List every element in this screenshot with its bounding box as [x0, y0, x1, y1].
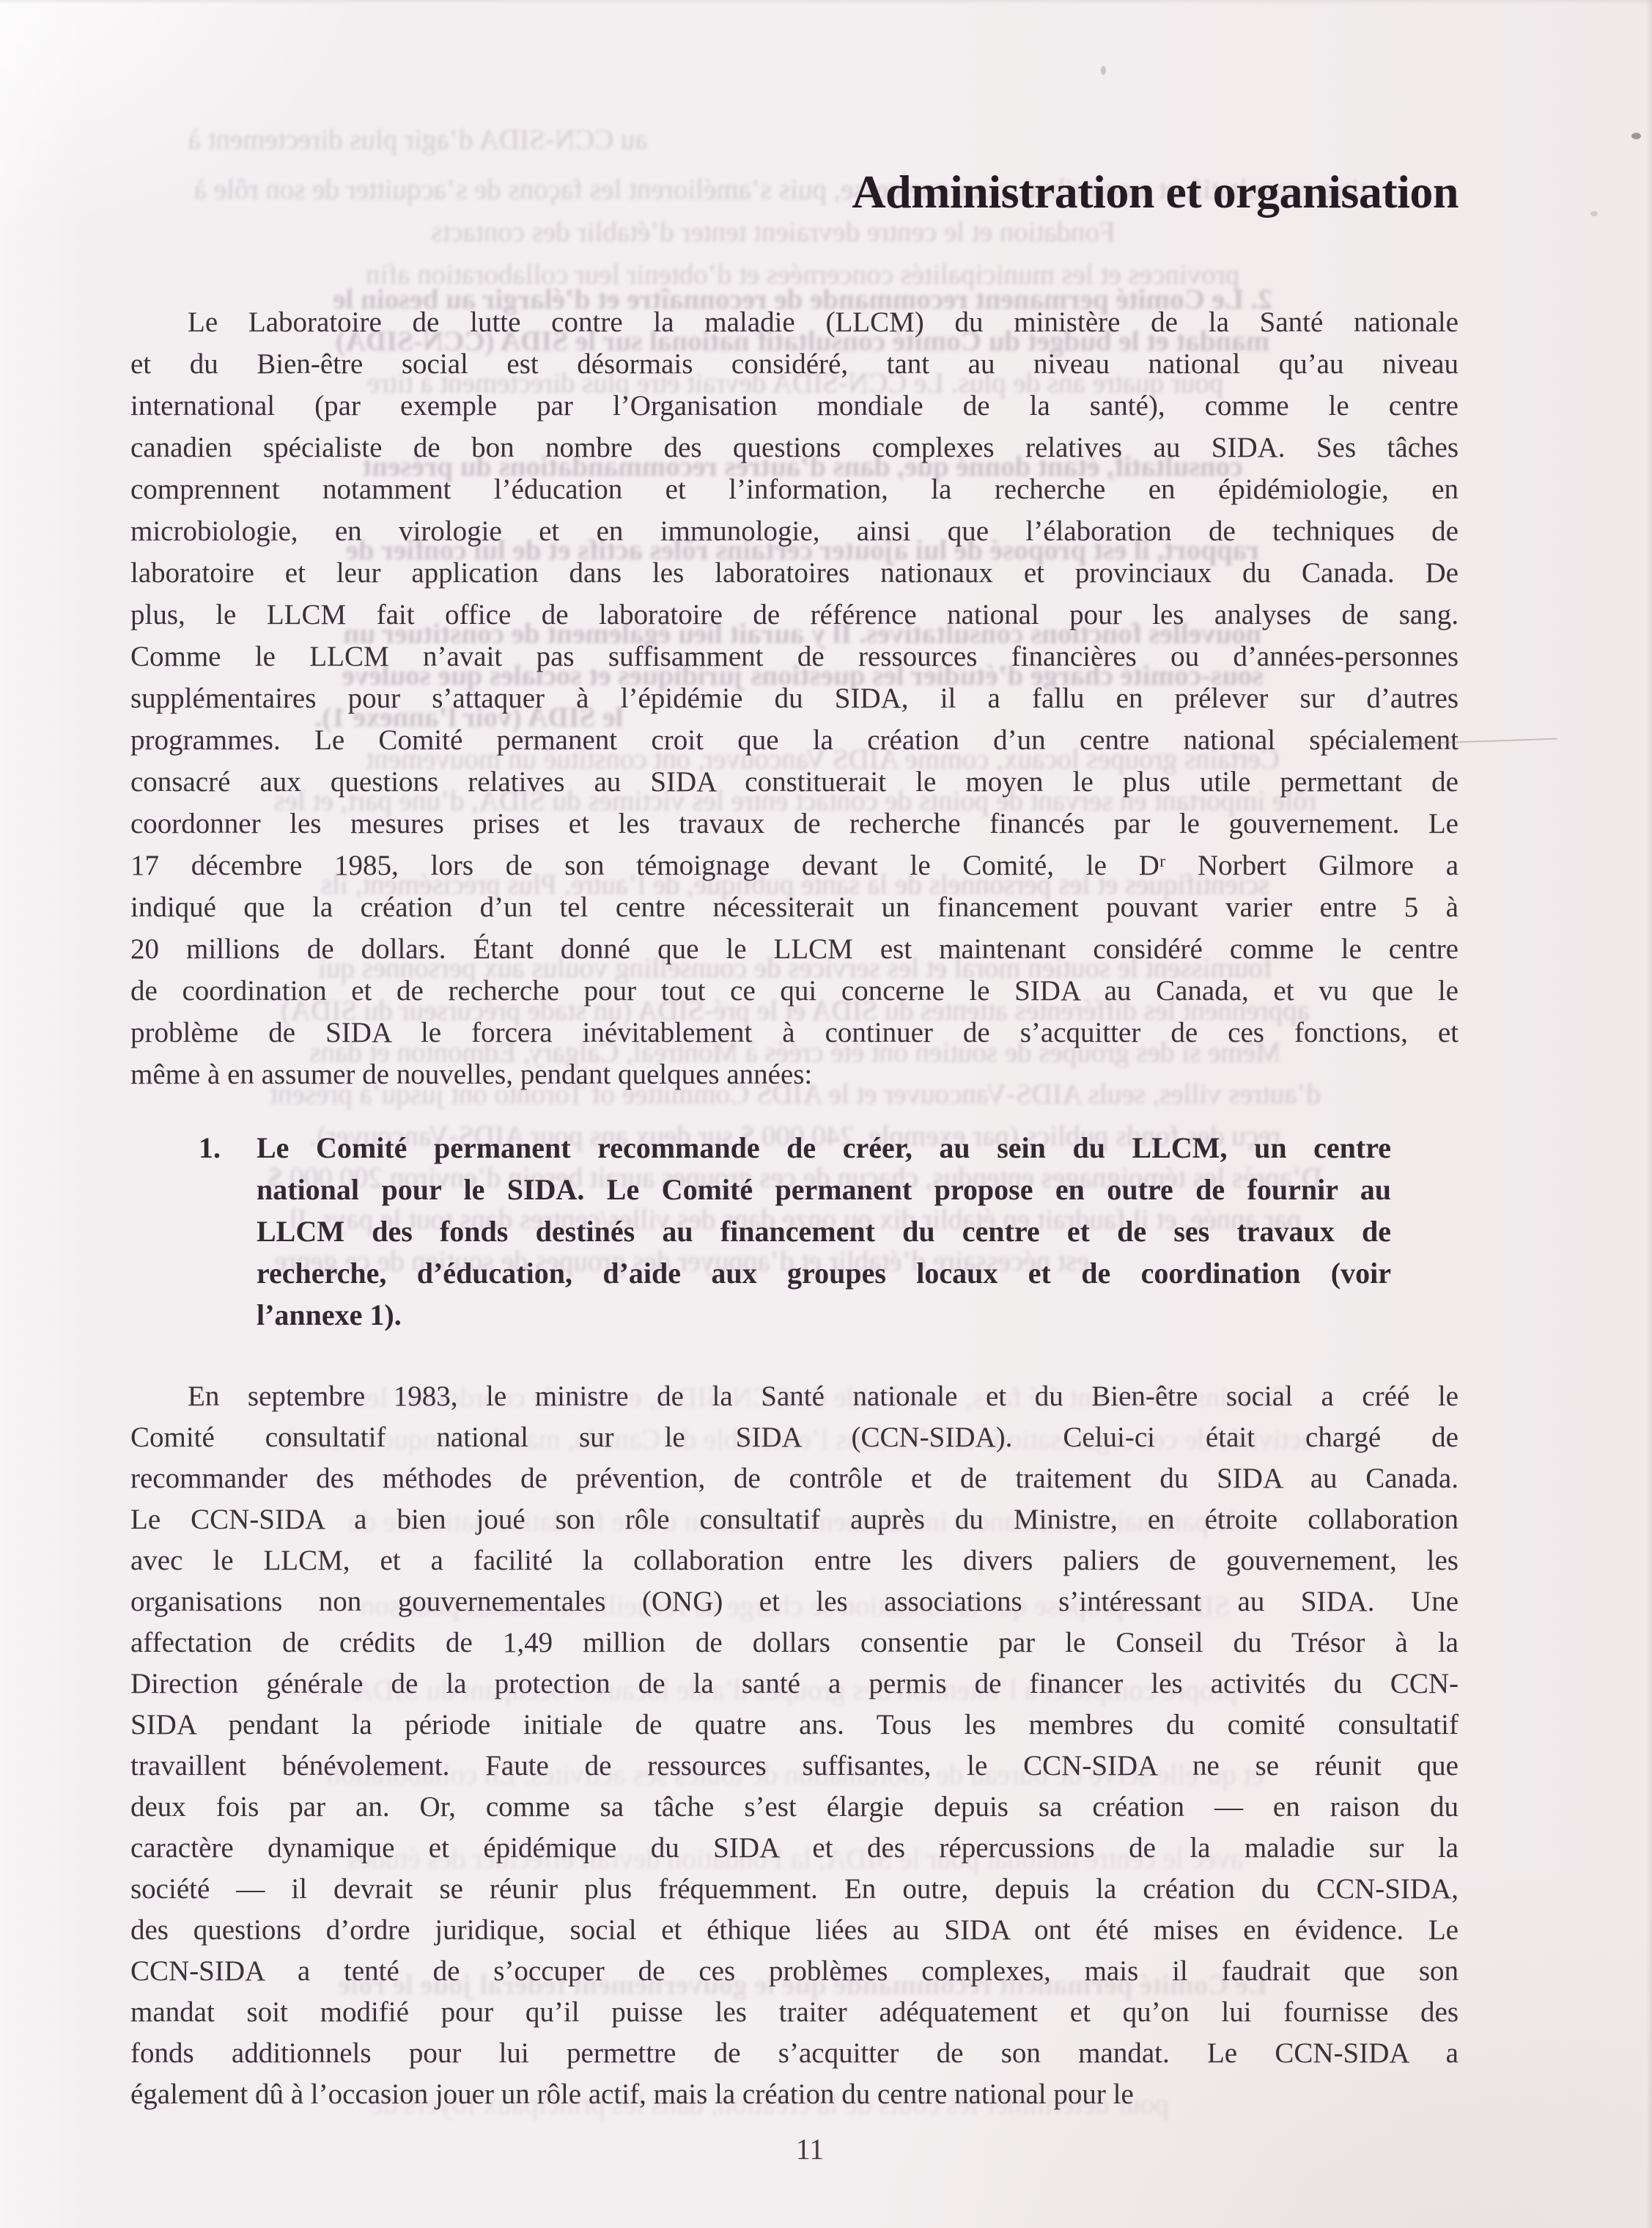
scan-artifact	[1631, 133, 1641, 139]
text-line: indiqué que la création d’un tel centre …	[130, 886, 1459, 928]
text-line: programmes. Le Comité permanent croit qu…	[130, 719, 1459, 761]
text-line: Comité consultatif national sur le SIDA …	[130, 1417, 1459, 1458]
text-line: société — il devrait se réunir plus fréq…	[130, 1869, 1459, 1910]
text-line: caractère dynamique et épidémique du SID…	[130, 1828, 1459, 1869]
recommendation-text: Le Comité permanent recommande de créer,…	[257, 1127, 1391, 1336]
text-line: des questions d’ordre juridique, social …	[130, 1910, 1459, 1951]
text-line: deux fois par an. Or, comme sa tâche s’e…	[130, 1787, 1459, 1828]
text-line: avec le LLCM, et a facilité la collabora…	[130, 1540, 1459, 1581]
text-line: plus, le LLCM fait office de laboratoire…	[130, 594, 1459, 636]
paragraph: Le Laboratoire de lutte contre la maladi…	[130, 301, 1459, 1095]
text-line: canadien spécialiste de bon nombre des q…	[130, 427, 1459, 468]
text-line: Le Comité permanent recommande de créer,…	[257, 1127, 1391, 1169]
text-line: LLCM des fonds destinés au financement d…	[257, 1210, 1391, 1252]
text-line: national pour le SIDA. Le Comité permane…	[257, 1169, 1391, 1210]
recommendation-item: 1. Le Comité permanent recommande de cré…	[130, 1127, 1391, 1336]
text-line: l’annexe 1).	[257, 1294, 1391, 1336]
text-line: consacré aux questions relatives au SIDA…	[130, 761, 1459, 803]
text-line: international (par exemple par l’Organis…	[130, 385, 1459, 427]
text-line: recommander des méthodes de prévention, …	[130, 1458, 1459, 1499]
page-edge-shadow	[0, 0, 1652, 4]
text-line: et du Bien-être social est désormais con…	[130, 343, 1459, 385]
text-line: recherche, d’éducation, d’aide aux group…	[257, 1252, 1391, 1294]
page-number: 11	[704, 2128, 916, 2170]
text-line: Direction générale de la protection de l…	[130, 1663, 1459, 1705]
text-line: comprennent notamment l’éducation et l’i…	[130, 468, 1459, 510]
text-line: CCN-SIDA a tenté de s’occuper de ces pro…	[130, 1951, 1459, 1992]
text-line: 20 millions de dollars. Étant donné que …	[130, 928, 1459, 970]
text-line: SIDA pendant la période initiale de quat…	[130, 1705, 1459, 1746]
text-line: fonds additionnels pour lui permettre de…	[130, 2033, 1459, 2074]
text-line: 17 décembre 1985, lors de son témoignage…	[130, 845, 1459, 886]
bleedthrough-line: au CCN-SIDA d’agir plus directement à	[110, 123, 726, 157]
text-line: également dû à l’occasion jouer un rôle …	[130, 2074, 1459, 2115]
text-line: coordonner les mesures prises et les tra…	[130, 803, 1459, 845]
section-title: Administration et organisation	[130, 166, 1459, 218]
text-line: problème de SIDA le forcera inévitableme…	[130, 1012, 1459, 1054]
text-line: affectation de crédits de 1,49 million d…	[130, 1622, 1459, 1663]
scanned-document-page: au CCN-SIDA d’agir plus directement à ti…	[0, 0, 1652, 2228]
bleedthrough-line: Fondation et le centre devraient tenter …	[249, 216, 1297, 249]
page-edge-shadow	[1646, 0, 1652, 2228]
text-line: organisations non gouvernementales (ONG)…	[130, 1581, 1459, 1622]
text-line: même à en assumer de nouvelles, pendant …	[130, 1054, 1459, 1095]
scan-artifact	[1101, 66, 1106, 75]
scan-artifact	[1590, 211, 1598, 216]
paragraph: En septembre 1983, le ministre de la San…	[130, 1376, 1459, 2115]
text-line: supplémentaires pour s’attaquer à l’épid…	[130, 677, 1459, 719]
text-line: laboratoire et leur application dans les…	[130, 552, 1459, 594]
text-line: Comme le LLCM n’avait pas suffisamment d…	[130, 636, 1459, 677]
text-line: Le CCN-SIDA a bien joué son rôle consult…	[130, 1499, 1459, 1540]
text-line: mandat soit modifié pour qu’il puisse le…	[130, 1992, 1459, 2033]
text-line: Le Laboratoire de lutte contre la maladi…	[130, 301, 1459, 343]
text-line: En septembre 1983, le ministre de la San…	[130, 1376, 1459, 1417]
text-line: travaillent bénévolement. Faute de resso…	[130, 1746, 1459, 1787]
text-line: de coordination et de recherche pour tou…	[130, 970, 1459, 1012]
recommendation-number: 1.	[199, 1127, 221, 1169]
text-line: microbiologie, en virologie et en immuno…	[130, 510, 1459, 552]
